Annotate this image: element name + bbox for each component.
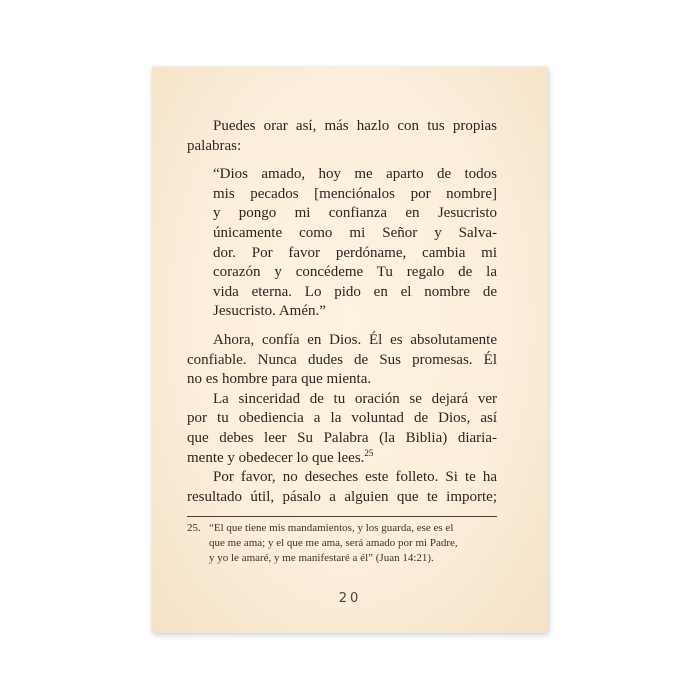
footnote-reference[interactable]: 25 — [364, 448, 373, 458]
footnote-text: “El que tiene mis mandamientos, y los gu… — [209, 521, 497, 566]
quote-line: dor. Por favor perdóname, cambia mi — [213, 244, 497, 264]
footnote-number: 25. — [187, 521, 201, 536]
text-line: La sinceridad de tu oración se dejará ve… — [187, 390, 497, 410]
prayer-quote: “Dios amado, hoy me aparto de todos mis … — [213, 165, 497, 322]
quote-line: únicamente como mi Señor y Salva- — [213, 224, 497, 244]
footnote-line: y yo le amaré, y me manifestaré a él” (J… — [209, 551, 497, 566]
booklet-page: Puedes orar así, más hazlo con tus propi… — [152, 67, 548, 633]
quote-line: y pongo mi confianza en Jesucristo — [213, 204, 497, 224]
quote-line: Jesucristo. Amén.” — [213, 302, 497, 322]
text-line: que debes leer Su Palabra (la Biblia) di… — [187, 429, 497, 449]
text-line: Ahora, confía en Dios. Él es absolutamen… — [187, 331, 497, 351]
quote-line: “Dios amado, hoy me aparto de todos — [213, 165, 497, 185]
paragraph-intro: Puedes orar así, más hazlo con tus propi… — [187, 117, 497, 156]
text-line-with-ref: mente y obedecer lo que lees.25 — [187, 449, 497, 469]
text-line: confiable. Nunca dudes de Sus promesas. … — [187, 351, 497, 371]
text-line: por tu obediencia a la voluntad de Dios,… — [187, 409, 497, 429]
footnote-line: “El que tiene mis mandamientos, y los gu… — [209, 521, 497, 536]
footnote-divider — [187, 516, 497, 517]
text-line: no es hombre para que mienta. — [187, 370, 497, 390]
footnote: 25. “El que tiene mis mandamientos, y lo… — [187, 521, 497, 566]
text-line: Puedes orar así, más hazlo con tus propi… — [187, 117, 497, 137]
text-line: resultado útil, pásalo a alguien que te … — [187, 488, 497, 508]
quote-line: corazón y concédeme Tu regalo de la — [213, 263, 497, 283]
paragraph-sincerity: La sinceridad de tu oración se dejará ve… — [187, 390, 497, 468]
quote-line: mis pecados [menciónalos por nombre] — [213, 185, 497, 205]
paragraph-trust: Ahora, confía en Dios. Él es absolutamen… — [187, 331, 497, 390]
body-text: Puedes orar así, más hazlo con tus propi… — [187, 117, 497, 507]
quote-line: vida eterna. Lo pido en el nombre de — [213, 283, 497, 303]
page-number: 20 — [152, 591, 548, 606]
footnote-line: que me ama; y el que me ama, será amado … — [209, 536, 497, 551]
text-line: mente y obedecer lo que lees. — [187, 450, 364, 466]
paragraph-please: Por favor, no deseches este folleto. Si … — [187, 468, 497, 507]
text-line: palabras: — [187, 137, 497, 157]
text-line: Por favor, no deseches este folleto. Si … — [187, 468, 497, 488]
